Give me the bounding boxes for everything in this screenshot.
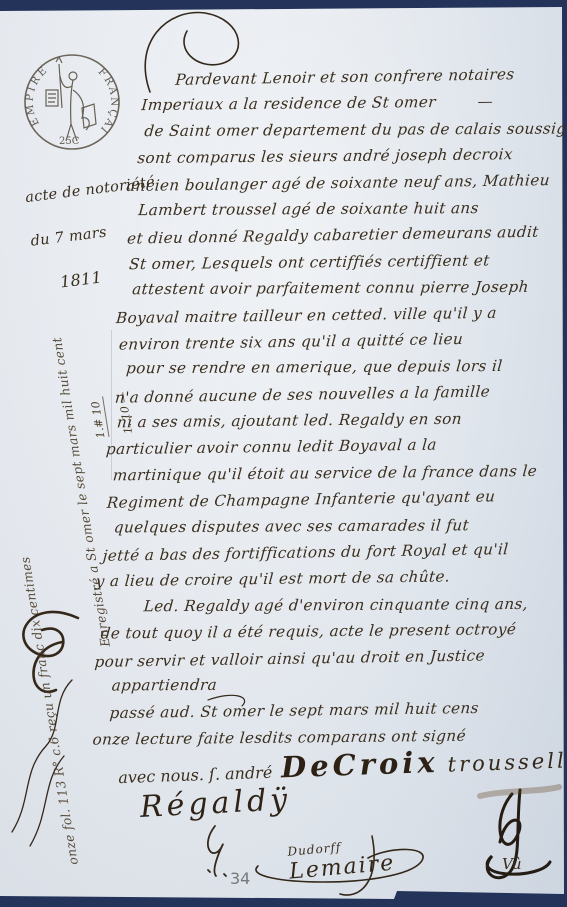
fee-line1: 1.# 10	[88, 396, 109, 439]
signature-decroix: DeCroix	[280, 745, 439, 784]
vu-annotation: Vû	[502, 855, 522, 873]
act-note-line2: du 7 mars	[30, 225, 108, 250]
pencil-page-number: 34	[230, 869, 250, 888]
body-line: St omer, Lesquels ont certiffiés certiff…	[128, 246, 567, 277]
signature-troussel: trousselle	[447, 748, 567, 777]
body-line: de Saint omer departement du pas de cala…	[143, 115, 567, 144]
body-line: attestent avoir parfaitement connu pierr…	[131, 274, 567, 303]
allegorical-figure	[46, 57, 96, 141]
scanned-document: EMPIRE FRANÇAIS 25C	[0, 0, 567, 907]
stamp-denomination: 25C	[59, 136, 80, 147]
act-body: Pardevant Lenoir et son confrere notaire…	[92, 61, 567, 752]
signature-notary: Dudorff Lemaire	[265, 813, 398, 906]
revenue-stamp-icon: EMPIRE FRANÇAIS 25C	[16, 46, 128, 158]
body-line: Led. Regaldy agé d'environ cinquante cin…	[107, 591, 555, 620]
